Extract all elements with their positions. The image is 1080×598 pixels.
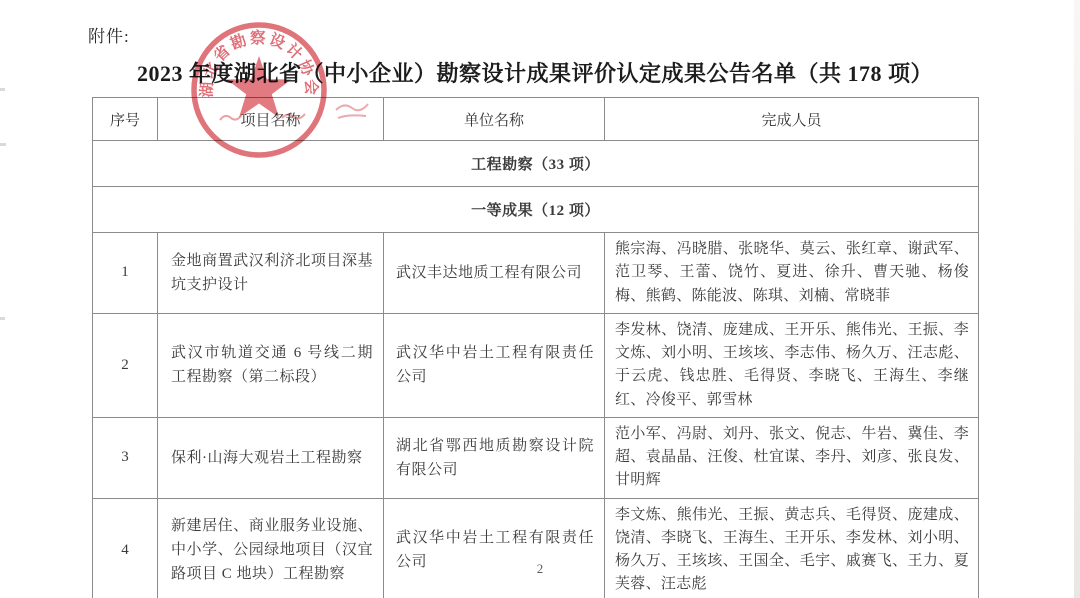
table-row: 1 金地商置武汉利济北项目深基坑支护设计 武汉丰达地质工程有限公司 熊宗海、冯晓… xyxy=(93,233,979,314)
scan-edge-shadow xyxy=(1074,0,1080,598)
cell-completion-staff: 李发林、饶清、庞建成、王开乐、熊伟光、王振、李文炼、刘小明、王垓垓、李志伟、杨久… xyxy=(605,313,979,417)
cell-serial-no: 4 xyxy=(93,498,158,598)
cell-serial-no: 2 xyxy=(93,313,158,417)
scan-speck xyxy=(0,317,5,320)
page-number: 2 xyxy=(0,561,1080,577)
table-header-row: 序号 项目名称 单位名称 完成人员 xyxy=(93,98,979,141)
cell-serial-no: 3 xyxy=(93,417,158,498)
header-serial-no: 序号 xyxy=(93,98,158,141)
attachment-label: 附件: xyxy=(88,22,130,47)
cell-unit-name: 湖北省鄂西地质勘察设计院有限公司 xyxy=(384,417,605,498)
cell-completion-staff: 李文炼、熊伟光、王振、黄志兵、毛得贤、庞建成、饶清、李晓飞、王海生、王开乐、李发… xyxy=(605,498,979,598)
cell-unit-name: 武汉丰达地质工程有限公司 xyxy=(384,233,605,314)
cell-serial-no: 1 xyxy=(93,233,158,314)
header-completion-staff: 完成人员 xyxy=(605,98,979,141)
cell-project-name: 新建居住、商业服务业设施、中小学、公园绿地项目（汉宜路项目 C 地块）工程勘察 xyxy=(158,498,384,598)
cell-project-name: 保利·山海大观岩土工程勘察 xyxy=(158,417,384,498)
cell-unit-name: 武汉华中岩土工程有限责任公司 xyxy=(384,313,605,417)
cell-project-name: 武汉市轨道交通 6 号线二期工程勘察（第二标段） xyxy=(158,313,384,417)
table-row: 2 武汉市轨道交通 6 号线二期工程勘察（第二标段） 武汉华中岩土工程有限责任公… xyxy=(93,313,979,417)
header-project-name: 项目名称 xyxy=(158,98,384,141)
header-unit-name: 单位名称 xyxy=(384,98,605,141)
cell-project-name: 金地商置武汉利济北项目深基坑支护设计 xyxy=(158,233,384,314)
table-row: 4 新建居住、商业服务业设施、中小学、公园绿地项目（汉宜路项目 C 地块）工程勘… xyxy=(93,498,979,598)
page-title: 2023 年度湖北省（中小企业）勘察设计成果评价认定成果公告名单（共 178 项… xyxy=(0,57,1070,88)
section-label-first-class-results: 一等成果（12 项） xyxy=(93,187,979,233)
cell-unit-name: 武汉华中岩土工程有限责任公司 xyxy=(384,498,605,598)
results-table: 序号 项目名称 单位名称 完成人员 工程勘察（33 项） 一等成果（12 项） … xyxy=(92,97,979,598)
scan-speck xyxy=(0,143,6,146)
section-label-engineering-survey: 工程勘察（33 项） xyxy=(93,141,979,187)
cell-completion-staff: 熊宗海、冯晓腊、张晓华、莫云、张红章、谢武军、范卫琴、王蕾、饶竹、夏进、徐升、曹… xyxy=(605,233,979,314)
cell-completion-staff: 范小军、冯尉、刘丹、张文、倪志、牛岩、冀佳、李超、袁晶晶、汪俊、杜宜谋、李丹、刘… xyxy=(605,417,979,498)
scan-speck xyxy=(0,88,5,91)
section-row-first-class-results: 一等成果（12 项） xyxy=(93,187,979,233)
table-row: 3 保利·山海大观岩土工程勘察 湖北省鄂西地质勘察设计院有限公司 范小军、冯尉、… xyxy=(93,417,979,498)
section-row-engineering-survey: 工程勘察（33 项） xyxy=(93,141,979,187)
scanned-document-page: { "page": { "attachment_label": "附件:", "… xyxy=(0,0,1080,598)
